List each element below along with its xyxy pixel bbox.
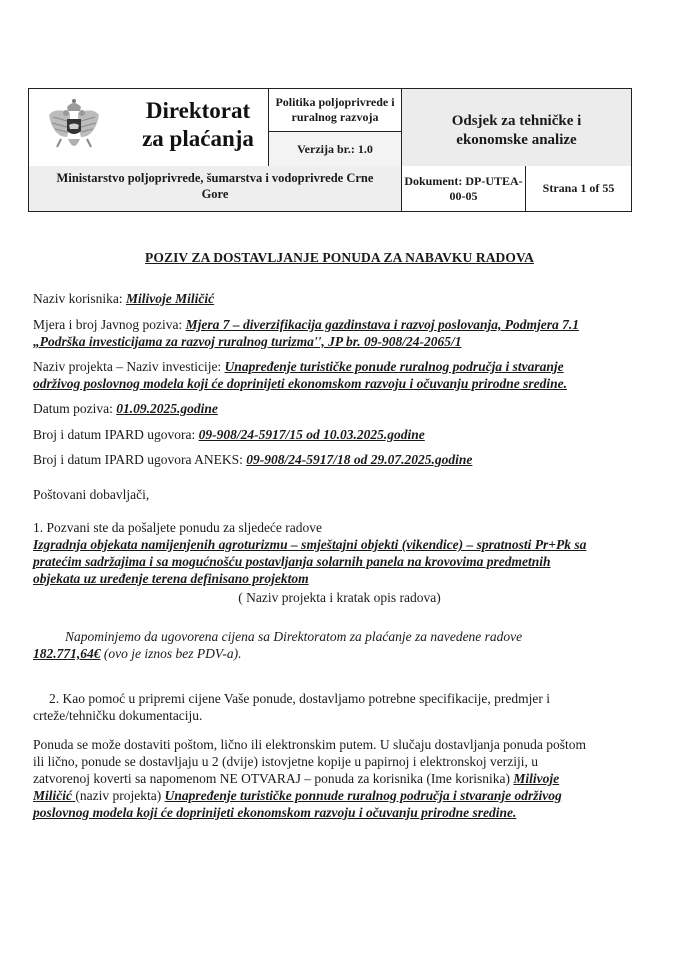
document-title: POZIV ZA DOSTAVLJANJE PONUDA ZA NABAVKU … [0,250,679,266]
header-row-bottom: Ministarstvo poljoprivrede, šumarstva i … [29,166,631,211]
section1-intro: 1. Pozvani ste da pošaljete ponudu za sl… [33,519,633,536]
page-info-cell: Strana 1 of 55 [526,166,631,211]
policy-cell: Politika poljoprivrede i ruralnog razvoj… [269,89,402,132]
field-korisnik: Naziv korisnika: Milivoje Miličić [33,290,633,307]
section2-line2: crteže/tehničku dokumentaciju. [33,707,633,724]
delivery-line5: poslovnog modela koji će doprinijeti eko… [33,804,633,821]
price-note-line2: 182.771,64€ (ovo je iznos bez PDV-a). [33,645,633,662]
delivery-line4: Miličić (naziv projekta) Unapređenje tur… [33,787,633,804]
price-note-line1: Napominjemo da ugovorena cijena sa Direk… [33,628,633,645]
section2-line1: 2. Kao pomoć u pripremi cijene Vaše ponu… [33,690,633,707]
organization-name: Direktorat za plaćanja [133,97,263,153]
document-code-cell: Dokument: DP-UTEA- 00-05 [402,166,526,211]
korisnik-value: Milivoje Miličić [126,291,214,306]
aneks-value: 09-908/24-5917/18 od 29.07.2025.godine [246,452,472,467]
delivery-project-name: Unapređenje turističke ponnude ruralnog … [165,788,562,803]
ipard-value: 09-908/24-5917/15 od 10.03.2025.godine [199,427,425,442]
header-row-top: Direktorat za plaćanja Politika poljopri… [29,89,631,166]
projekat-value-line1: Unapređenje turističke ponude ruralnog p… [225,359,564,374]
mjera-value-line1: Mjera 7 – diverzifikacija gazdinstava i … [186,317,579,332]
delivery-line1: Ponuda se može dostaviti poštom, lično i… [33,736,633,753]
montenegro-coat-of-arms-icon [45,97,103,159]
field-mjera: Mjera i broj Javnog poziva: Mjera 7 – di… [33,316,633,350]
field-projekat: Naziv projekta – Naziv investicije: Unap… [33,358,633,392]
department-cell: Odsjek za tehničke i ekonomske analize [402,89,631,166]
version-cell: Verzija br.: 1.0 [269,132,402,166]
field-aneks: Broj i datum IPARD ugovora ANEKS: 09-908… [33,451,633,468]
section1-works: Izgradnja objekata namijenjenih agroturi… [33,536,633,587]
delivery-korisnik-name: Milivoje [513,771,559,786]
delivery-line3: zatvorenoj koverti sa napomenom NE OTVAR… [33,770,633,787]
datum-value: 01.09.2025.godine [116,401,218,416]
field-datum: Datum poziva: 01.09.2025.godine [33,400,633,417]
ministry-cell: Ministarstvo poljoprivrede, šumarstva i … [29,166,402,211]
document-page: Direktorat za plaćanja Politika poljopri… [0,0,679,960]
mjera-value-line2: „Podrška investicijama za razvoj ruralno… [33,334,462,349]
section1-caption: ( Naziv projekta i kratak opis radova) [0,590,679,606]
price-amount: 182.771,64€ [33,646,101,661]
field-ipard: Broj i datum IPARD ugovora: 09-908/24-59… [33,426,633,443]
logo-cell: Direktorat za plaćanja [29,89,269,166]
projekat-value-line2: održivog poslovnog modela koji će doprin… [33,376,567,391]
document-header-table: Direktorat za plaćanja Politika poljopri… [28,88,632,212]
greeting: Poštovani dobavljači, [33,486,633,503]
delivery-line2: ili lično, ponude se dostavljaju u 2 (dv… [33,753,633,770]
